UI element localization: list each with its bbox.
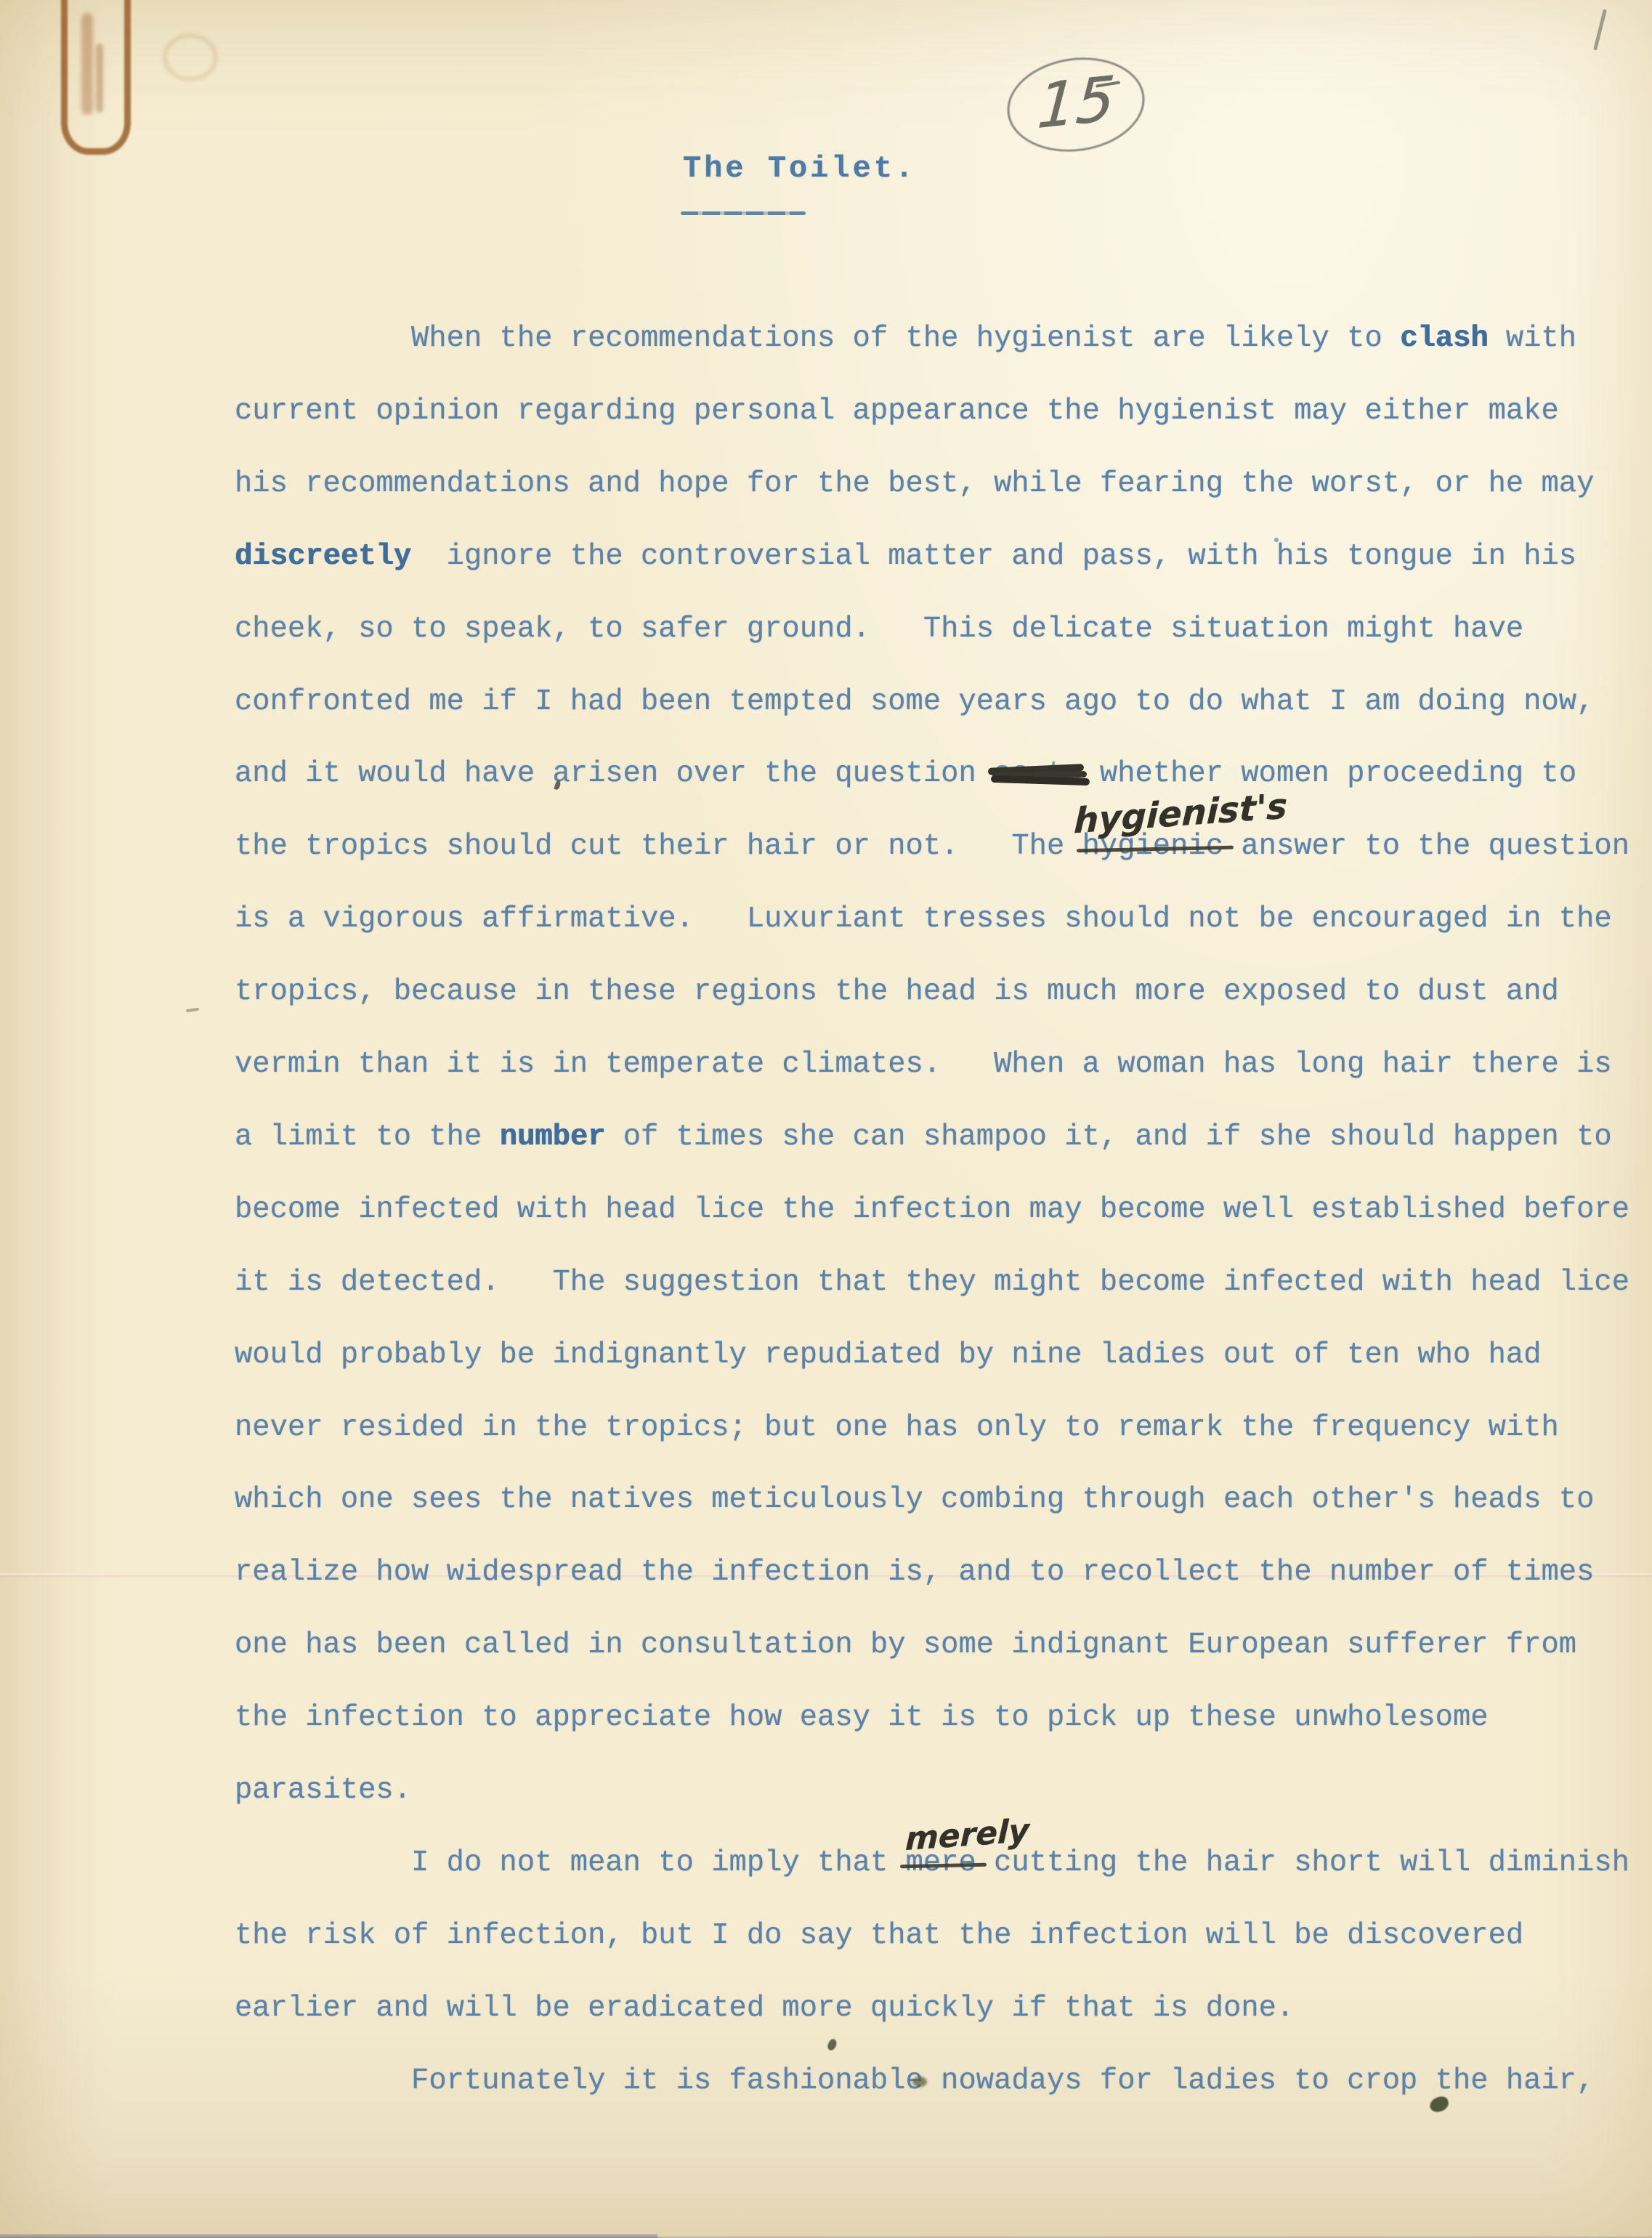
typed-line: confronted me if I had been tempted some… — [235, 680, 1594, 724]
typed-text: with — [1489, 322, 1577, 355]
typed-text: would probably be indignantly repudiated… — [235, 1338, 1542, 1372]
rust-streak — [96, 44, 103, 113]
typed-text: the tropics should cut their hair or not… — [235, 830, 1082, 863]
pencil-mark-top-right — [1593, 9, 1607, 50]
typed-line: current opinion regarding personal appea… — [235, 389, 1559, 433]
typed-text: which one sees the natives meticulously … — [235, 1483, 1594, 1516]
typed-text: realize how widespread the infection is,… — [235, 1556, 1594, 1589]
typed-line: the infection to appreciate how easy it … — [235, 1696, 1489, 1740]
typed-text: and it would have arisen over the questi… — [235, 757, 994, 791]
typed-text: his recommendations and hope for the bes… — [235, 467, 1594, 501]
typed-text: current opinion regarding personal appea… — [235, 395, 1559, 428]
typed-line: parasites. — [235, 1769, 411, 1812]
ink-smudge — [912, 2077, 927, 2087]
typed-line: tropics, because in these regions the he… — [235, 970, 1559, 1014]
page-number: 15 — [1035, 62, 1117, 142]
manuscript-page: 15 The Toilet. When the recommendations … — [0, 0, 1652, 2238]
typed-text: parasites. — [235, 1774, 411, 1807]
rust-streak — [81, 13, 93, 115]
typed-line: one has been called in consultation by s… — [235, 1623, 1576, 1667]
rust-ring-stain — [163, 33, 218, 81]
typed-line: the risk of infection, but I do say that… — [235, 1914, 1523, 1958]
page-number-circle: 15 — [1007, 58, 1145, 151]
title-underline — [681, 211, 806, 215]
typed-line: and it would have arisen over the questi… — [235, 752, 1576, 796]
typed-text: cheek, so to speak, to safer ground. Thi… — [235, 613, 1523, 646]
typed-line: vermin than it is in temperate climates.… — [235, 1043, 1612, 1086]
pencil-dash-margin — [186, 1008, 199, 1012]
typed-text: answer to the question — [1223, 830, 1629, 863]
ink-blot — [826, 2037, 838, 2051]
typed-line: become infected with head lice the infec… — [235, 1188, 1629, 1232]
typed-line: When the recommendations of the hygienis… — [235, 317, 1576, 360]
typed-text: it is detected. The suggestion that they… — [235, 1266, 1629, 1299]
typed-line: which one sees the natives meticulously … — [235, 1478, 1594, 1522]
typed-line: realize how widespread the infection is,… — [235, 1551, 1594, 1594]
typed-line: the tropics should cut their hair or not… — [235, 825, 1629, 868]
typed-text: I do not mean to imply that — [235, 1846, 906, 1880]
typed-word-bold: number — [500, 1120, 606, 1154]
typed-text: never resided in the tropics; but one ha… — [235, 1411, 1559, 1445]
typed-text: tropics, because in these regions the he… — [235, 975, 1559, 1009]
typed-line: earlier and will be eradicated more quic… — [235, 1987, 1294, 2030]
ink-speck — [1274, 538, 1279, 542]
typed-text: of times she can shampoo it, and if she … — [605, 1120, 1611, 1154]
page-title: The Toilet. — [683, 150, 916, 187]
typed-text: become infected with head lice the infec… — [235, 1193, 1629, 1227]
typed-line: is a vigorous affirmative. Luxuriant tre… — [235, 897, 1612, 941]
typed-text: vermin than it is in temperate climates.… — [235, 1048, 1612, 1081]
typed-text: is a vigorous affirmative. Luxuriant tre… — [235, 902, 1612, 936]
typed-word-scribbled-out: as to — [994, 757, 1082, 791]
typed-text: cutting the hair short will diminish — [976, 1846, 1629, 1880]
typed-word-bold: discreetly — [235, 540, 411, 573]
typed-line: would probably be indignantly repudiated… — [235, 1333, 1542, 1377]
typed-word-bold: clash — [1400, 322, 1489, 355]
typed-text: earlier and will be eradicated more quic… — [235, 1992, 1294, 2025]
typed-text: confronted me if I had been tempted some… — [235, 685, 1594, 719]
typed-text: the infection to appreciate how easy it … — [235, 1701, 1489, 1734]
typed-line: his recommendations and hope for the bes… — [235, 462, 1594, 506]
typed-line: a limit to the number of times she can s… — [235, 1115, 1612, 1159]
typed-text: When the recommendations of the hygienis… — [235, 322, 1400, 355]
typed-text: the risk of infection, but I do say that… — [235, 1919, 1523, 1952]
typed-line: cheek, so to speak, to safer ground. Thi… — [235, 607, 1523, 651]
typed-text: one has been called in consultation by s… — [235, 1628, 1576, 1662]
typed-line: never resided in the tropics; but one ha… — [235, 1406, 1559, 1450]
typed-text: whether women proceeding to — [1082, 757, 1577, 791]
typed-text: a limit to the — [235, 1120, 500, 1154]
typed-text: ignore the controversial matter and pass… — [411, 540, 1576, 573]
typed-line: it is detected. The suggestion that they… — [235, 1261, 1629, 1304]
typed-line: discreetly ignore the controversial matt… — [235, 535, 1576, 578]
